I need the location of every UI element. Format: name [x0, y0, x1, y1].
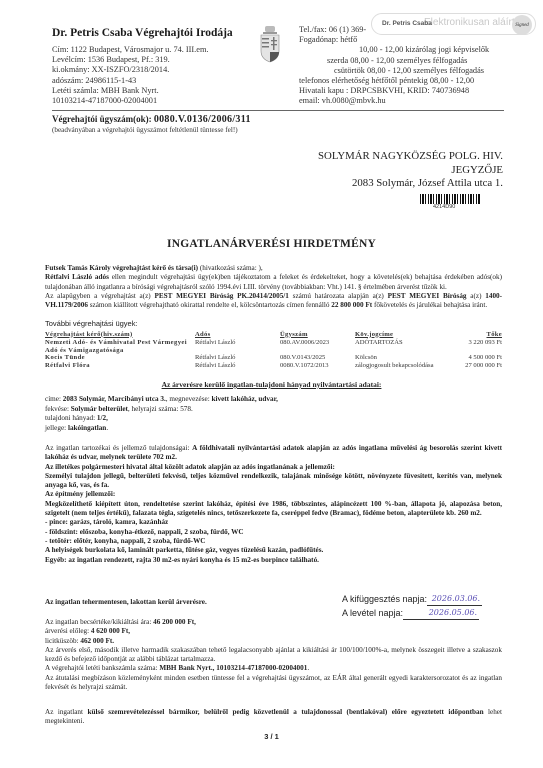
- intro-text: ellen megindult végrehajtási ügy(ek)ben …: [45, 273, 502, 290]
- reception-monday: 10,00 - 12,00 kizárólag jogi képviselők: [299, 45, 539, 55]
- property-designation: kivett lakóház, udvar,: [212, 395, 278, 403]
- account-end: .: [307, 664, 309, 672]
- lot-label: , helyrajzi száma:: [128, 405, 180, 413]
- basis-court-decision: PEST MEGYEI Bíróság PK.20414/2005/1: [154, 292, 288, 300]
- building-heading: Az építmény jellemzői:: [45, 490, 115, 498]
- debtor-name: Rétfalvi László adós: [45, 273, 109, 281]
- office-id: ki.okmány: XX-ISZFO/2318/2014.: [52, 65, 208, 75]
- basis-text: a(z): [467, 292, 486, 300]
- cell-debtor: Rétfalvi László: [195, 339, 280, 354]
- hivatali-kapu: Hivatali kapu : DRPCSBKVHI, KRID: 740736…: [299, 86, 539, 96]
- basis-amount: 22 800 000 Ft: [331, 301, 372, 309]
- office-escrow-account: 10103214-47187000-02004001: [52, 96, 208, 106]
- office-escrow-bank: Letéti számla: MBH Bank Nyrt.: [52, 86, 208, 96]
- other-features: Egyéb: az ingatlan rendezett, rajta 30 m…: [45, 556, 319, 564]
- document-page: Dr. Petris Csaba Végrehajtói Irodája Cím…: [0, 0, 543, 768]
- floor-basement: - pince: garázs, tároló, kamra, kazánház: [45, 518, 168, 526]
- col-debtor: Adós: [195, 329, 280, 339]
- basis-text: számú határozata alapján a(z): [289, 292, 388, 300]
- bid-increment: 462 000 Ft.: [80, 637, 114, 645]
- value-label: Az ingatlan becsértéke/kikiáltási ára:: [45, 618, 153, 626]
- floor-attic: - tetőtér: előtér, konyha, nappali, 2 sz…: [45, 537, 205, 545]
- account-label: A végrehajtói letéti bankszámla száma:: [45, 664, 159, 672]
- posted-date: 2026.03.06.: [427, 592, 482, 606]
- other-cases-table: Végrehajtást kérő(hiv.szám) Adós Ügyszám…: [45, 329, 502, 369]
- creditor-name: Futsek Tamás Károly végrehajtást kérő és…: [45, 264, 198, 272]
- pricing-section: Az ingatlan becsértéke/kikiáltási ára: 4…: [45, 618, 502, 692]
- property-address: 2083 Solymár, Marcibányi utca 3.: [63, 395, 166, 403]
- reception-thursday: csütörtök 08,00 - 12,00 személyes félfog…: [299, 66, 539, 76]
- basis-text: számon kiállított végrehajtható okiratta…: [88, 301, 331, 309]
- office-address-block: Cím: 1122 Budapest, Városmajor u. 74. II…: [52, 45, 208, 106]
- property-type: lakóingatlan: [68, 424, 106, 432]
- cell-case-no: 080.V.0143/2025: [280, 354, 355, 362]
- table-row: Rétfalvi Flóra Rétfalvi László 0080.V.10…: [45, 362, 502, 370]
- table-header-row: Végrehajtást kérő(hiv.szám) Adós Ügyszám…: [45, 329, 502, 339]
- designation-label: , megnevezése:: [166, 395, 212, 403]
- cell-creditor: Rétfalvi Flóra: [45, 362, 195, 370]
- viewing-conditions: külső szemrevételezéssel bármikor, belül…: [87, 708, 483, 716]
- office-tax-number: adószám: 24986115-1-43: [52, 76, 208, 86]
- case-number-line: Végrehajtói ügyszám(ok): 0080.V.0136/200…: [52, 114, 251, 125]
- intro-paragraph: Futsek Tamás Károly végrehajtást kérő és…: [45, 264, 502, 310]
- office-address: Cím: 1122 Budapest, Városmajor u. 74. II…: [52, 45, 208, 55]
- reception-day: Fogadónap: hétfő: [299, 35, 539, 45]
- cell-creditor: Nemzeti Adó- és Vámhivatal Pest Vármegye…: [45, 339, 195, 354]
- features-intro: Az ingatlan tartozékai és jellemző tulaj…: [45, 444, 192, 452]
- cell-principal: 3 220 093 Ft: [447, 339, 502, 354]
- transfer-note: Az átutalási megbízáson közleményként mi…: [45, 674, 502, 691]
- basis-text: Az alapügyben a végrehajtást a(z): [45, 292, 154, 300]
- posted-row: A kifüggesztés napja: 2026.03.06.: [342, 592, 482, 606]
- viewing-info: Az ingatlant külső szemrevételezéssel bá…: [45, 708, 502, 727]
- occupancy-status: Az ingatlan tehermentesen, lakottan kerü…: [45, 598, 325, 607]
- municipal-data: Személyi tulajdon jellegű, belterületi f…: [45, 472, 502, 489]
- reception-wednesday: szerda 08,00 - 12,00 személyes félfogadá…: [299, 56, 539, 66]
- hungarian-coat-of-arms-icon: [259, 25, 281, 63]
- col-legal-title: Köv.jogcíme: [355, 329, 447, 339]
- office-contact-block: Tel./fax: 06 (1) 369- Fogadónap: hétfő 1…: [299, 25, 539, 107]
- property-lot-number: 578.: [180, 405, 193, 413]
- municipal-heading: Az illetékes polgármesteri hivatal által…: [45, 463, 335, 471]
- share-label: tulajdoni hányad:: [45, 414, 97, 422]
- barcode-icon: [420, 194, 480, 204]
- signer-name: Dr. Petris Csaba: [382, 20, 432, 27]
- basis-text: főkövetelés és járulékai behajtása iránt…: [372, 301, 487, 309]
- auction-deposit: 4 620 000 Ft,: [91, 627, 130, 635]
- posting-dates: A kifüggesztés napja: 2026.03.06. A levé…: [342, 592, 482, 620]
- page-number: 3 / 1: [0, 732, 543, 741]
- addressee-role: JEGYZŐJE: [318, 164, 503, 178]
- basis-court: PEST MEGYEI Bíróság: [388, 292, 467, 300]
- property-details: címe: 2083 Solymár, Marcibányi utca 3., …: [45, 395, 502, 433]
- cell-case-no: 080.AV.0006/2023: [280, 339, 355, 354]
- increment-label: licitküszöb:: [45, 637, 80, 645]
- cell-principal: 4 500 000 Ft: [447, 354, 502, 362]
- header-divider: [52, 110, 504, 111]
- case-number-label: Végrehajtói ügyszám(ok):: [52, 114, 152, 124]
- cell-debtor: Rétfalvi László: [195, 354, 280, 362]
- address-label: címe:: [45, 395, 63, 403]
- case-number-note: (beadványában a végrehajtói ügyszámot fe…: [52, 126, 238, 134]
- property-share: 1/2,: [97, 414, 108, 422]
- starting-price: 46 200 000 Ft,: [153, 618, 196, 626]
- type-end: .: [106, 424, 108, 432]
- addressee-block: SOLYMÁR NAGYKÖZSÉG POLG. HIV. JEGYZŐJE 2…: [318, 150, 503, 191]
- building-data: Megközelíthető kiépített úton, rendeltet…: [45, 500, 502, 517]
- col-creditor: Végrehajtást kérő(hiv.szám): [45, 329, 195, 339]
- finishes: A helyiségek burkolata kő, laminált park…: [45, 546, 323, 554]
- type-label: jellege:: [45, 424, 68, 432]
- barcode-number: 4214D90: [433, 204, 455, 210]
- signature-label: Elektronikusan aláírta:: [424, 17, 523, 28]
- property-section-heading: Az árverésre kerülő ingatlan-tulajdoni h…: [0, 380, 543, 389]
- floor-ground: - földszint: előszoba, konyha-étkező, na…: [45, 528, 244, 536]
- addressee-address: 2083 Solymár, József Attila utca 1.: [318, 177, 503, 191]
- office-name: Dr. Petris Csaba Végrehajtói Irodája: [52, 27, 233, 39]
- cell-legal-title: Kölcsön: [355, 354, 447, 362]
- table-row: Kocis Tünde Rétfalvi László 080.V.0143/2…: [45, 354, 502, 362]
- document-title: INGATLANÁRVERÉSI HIRDETMÉNY: [0, 238, 543, 250]
- other-cases-heading: További végrehajtási ügyek:: [45, 319, 502, 328]
- office-email: email: vh.0080@mbvk.hu: [299, 96, 539, 106]
- offers-text: Az árverés első, második illetve harmadi…: [45, 646, 502, 663]
- case-number: 0080.V.0136/2006/311: [154, 114, 251, 125]
- table-row: Nemzeti Adó- és Vámhivatal Pest Vármegye…: [45, 339, 502, 354]
- property-location: Solymár belterület: [71, 405, 128, 413]
- electronic-signature-badge: Elektronikusan aláírta: Dr. Petris Csaba…: [371, 13, 536, 35]
- signature-seal-icon: Signed: [512, 15, 532, 35]
- property-features: Az ingatlan tartozékai és jellemző tulaj…: [45, 444, 502, 565]
- cell-principal: 27 000 000 Ft: [447, 362, 502, 370]
- creditor-ref: (hivatkozási száma: ),: [198, 264, 263, 272]
- viewing-text: Az ingatlant: [45, 708, 87, 716]
- cell-legal-title: ADÓTARTOZÁS: [355, 339, 447, 354]
- office-postal-address: Levélcím: 1536 Budapest, Pf.: 319.: [52, 55, 208, 65]
- cell-case-no: 0080.V.1072/2013: [280, 362, 355, 370]
- phone-availability: telefonos elérhetőség hétfőtől péntekig …: [299, 76, 539, 86]
- col-case-no: Ügyszám: [280, 329, 355, 339]
- addressee-name: SOLYMÁR NAGYKÖZSÉG POLG. HIV.: [318, 150, 503, 164]
- deposit-label: árverési előleg:: [45, 627, 91, 635]
- location-label: fekvése:: [45, 405, 71, 413]
- escrow-account: MBH Bank Nyrt., 10103214-47187000-020040…: [159, 664, 307, 672]
- cell-creditor: Kocis Tünde: [45, 354, 195, 362]
- cell-legal-title: zálogjogosult bekapcsolódása: [355, 362, 447, 370]
- col-principal: Tőke: [447, 329, 502, 339]
- cell-debtor: Rétfalvi László: [195, 362, 280, 370]
- posted-label: A kifüggesztés napja:: [342, 593, 427, 606]
